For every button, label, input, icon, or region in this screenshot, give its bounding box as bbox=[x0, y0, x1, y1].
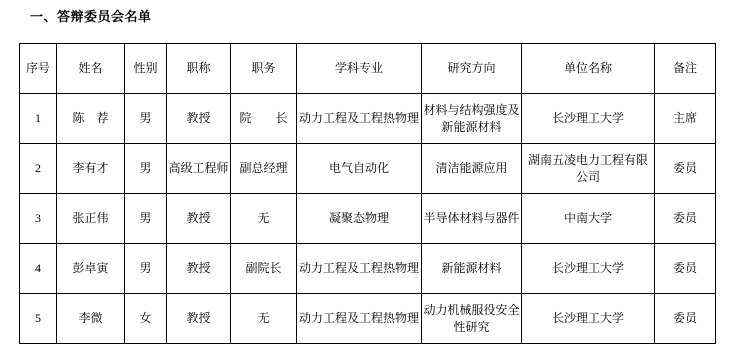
cell-gender: 男 bbox=[125, 144, 167, 194]
cell-research: 半导体材料与器件 bbox=[422, 194, 522, 244]
cell-index: 2 bbox=[20, 144, 57, 194]
cell-position: 无 bbox=[231, 294, 297, 344]
cell-name: 陈 荐 bbox=[57, 94, 125, 144]
cell-gender: 男 bbox=[125, 244, 167, 294]
cell-research: 材料与结构强度及新能源材料 bbox=[422, 94, 522, 144]
defense-committee-table: 序号 姓名 性别 职称 职务 学科专业 研究方向 单位名称 备注 1 陈 荐 男… bbox=[19, 43, 716, 344]
cell-remarks: 主席 bbox=[655, 94, 716, 144]
cell-gender: 女 bbox=[125, 294, 167, 344]
cell-name: 李有才 bbox=[57, 144, 125, 194]
cell-gender: 男 bbox=[125, 194, 167, 244]
cell-title: 教授 bbox=[167, 294, 231, 344]
table-row: 5 李微 女 教授 无 动力工程及工程热物理 动力机械服役安全性研究 长沙理工大… bbox=[20, 294, 716, 344]
cell-title: 教授 bbox=[167, 94, 231, 144]
table-row: 4 彭卓寅 男 教授 副院长 动力工程及工程热物理 新能源材料 长沙理工大学 委… bbox=[20, 244, 716, 294]
header-cell-remarks: 备注 bbox=[655, 44, 716, 94]
cell-research: 清洁能源应用 bbox=[422, 144, 522, 194]
cell-name: 张正伟 bbox=[57, 194, 125, 244]
document-page: 一、答辩委员会名单 序号 姓名 性别 职称 职务 学科专业 研究方向 单位名称 … bbox=[0, 0, 736, 363]
cell-discipline: 动力工程及工程热物理 bbox=[297, 94, 422, 144]
cell-position: 副总经理 bbox=[231, 144, 297, 194]
cell-gender: 男 bbox=[125, 94, 167, 144]
header-cell-gender: 性别 bbox=[125, 44, 167, 94]
cell-discipline: 动力工程及工程热物理 bbox=[297, 244, 422, 294]
table-row: 3 张正伟 男 教授 无 凝聚态物理 半导体材料与器件 中南大学 委员 bbox=[20, 194, 716, 244]
cell-remarks: 委员 bbox=[655, 294, 716, 344]
cell-name: 李微 bbox=[57, 294, 125, 344]
header-cell-index: 序号 bbox=[20, 44, 57, 94]
cell-title: 高级工程师 bbox=[167, 144, 231, 194]
header-cell-organization: 单位名称 bbox=[522, 44, 655, 94]
cell-organization: 长沙理工大学 bbox=[522, 244, 655, 294]
cell-discipline: 凝聚态物理 bbox=[297, 194, 422, 244]
cell-organization: 中南大学 bbox=[522, 194, 655, 244]
cell-name: 彭卓寅 bbox=[57, 244, 125, 294]
table-row: 2 李有才 男 高级工程师 副总经理 电气自动化 清洁能源应用 湖南五凌电力工程… bbox=[20, 144, 716, 194]
table-row: 1 陈 荐 男 教授 院 长 动力工程及工程热物理 材料与结构强度及新能源材料 … bbox=[20, 94, 716, 144]
cell-remarks: 委员 bbox=[655, 194, 716, 244]
cell-index: 1 bbox=[20, 94, 57, 144]
cell-title: 教授 bbox=[167, 244, 231, 294]
cell-research: 新能源材料 bbox=[422, 244, 522, 294]
cell-position: 无 bbox=[231, 194, 297, 244]
header-cell-discipline: 学科专业 bbox=[297, 44, 422, 94]
cell-remarks: 委员 bbox=[655, 144, 716, 194]
cell-index: 3 bbox=[20, 194, 57, 244]
cell-organization: 长沙理工大学 bbox=[522, 294, 655, 344]
cell-title: 教授 bbox=[167, 194, 231, 244]
cell-discipline: 电气自动化 bbox=[297, 144, 422, 194]
header-cell-name: 姓名 bbox=[57, 44, 125, 94]
header-cell-position: 职务 bbox=[231, 44, 297, 94]
table-header-row: 序号 姓名 性别 职称 职务 学科专业 研究方向 单位名称 备注 bbox=[20, 44, 716, 94]
section-title: 一、答辩委员会名单 bbox=[30, 6, 152, 25]
header-cell-research: 研究方向 bbox=[422, 44, 522, 94]
cell-position: 副院长 bbox=[231, 244, 297, 294]
cell-research: 动力机械服役安全性研究 bbox=[422, 294, 522, 344]
cell-organization: 长沙理工大学 bbox=[522, 94, 655, 144]
cell-index: 4 bbox=[20, 244, 57, 294]
cell-index: 5 bbox=[20, 294, 57, 344]
cell-discipline: 动力工程及工程热物理 bbox=[297, 294, 422, 344]
cell-position: 院 长 bbox=[231, 94, 297, 144]
header-cell-title: 职称 bbox=[167, 44, 231, 94]
cell-remarks: 委员 bbox=[655, 244, 716, 294]
cell-organization: 湖南五凌电力工程有限公司 bbox=[522, 144, 655, 194]
